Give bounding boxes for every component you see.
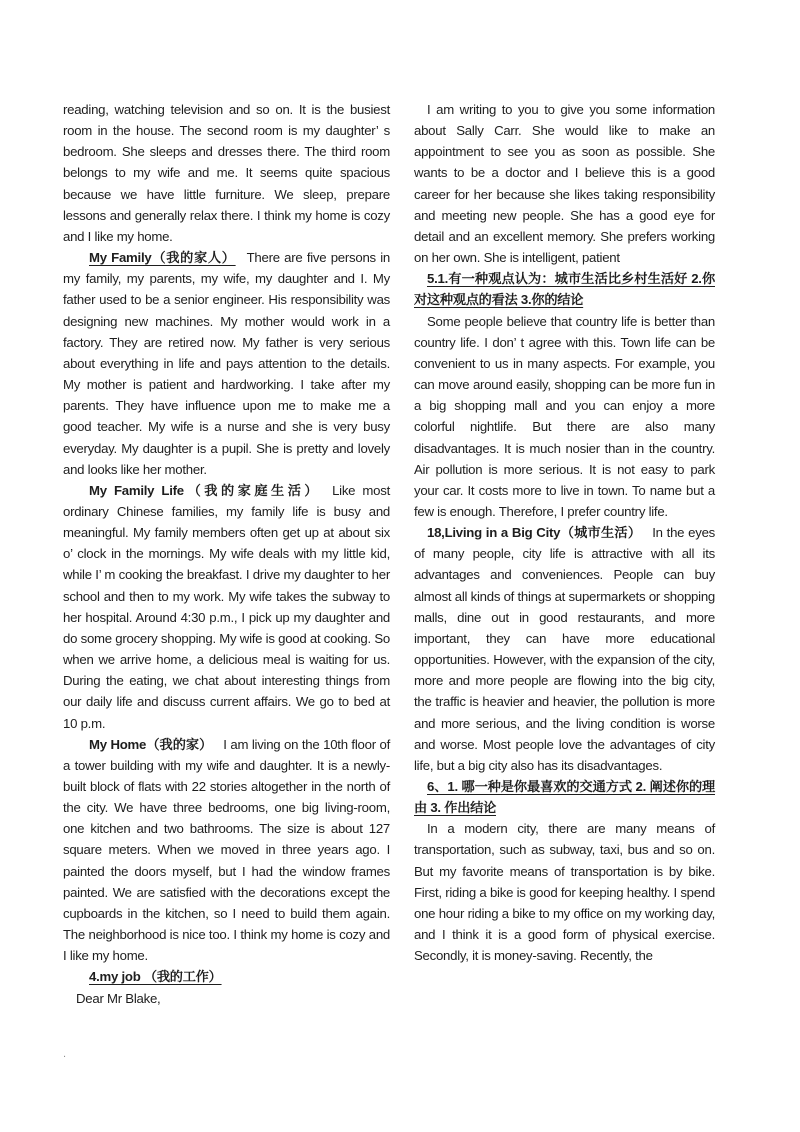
para-my-family-life: My Family Life（我的家庭生活）Like most ordinary… — [63, 480, 390, 734]
right-column: I am writing to you to give you some inf… — [414, 99, 715, 966]
para-living-in-big-city: 18,Living in a Big City（城市生活）In the eyes… — [414, 522, 715, 776]
paragraph-text: I am living on the 10th floor of a tower… — [63, 737, 390, 964]
para-sally-carr-letter: I am writing to you to give you some inf… — [414, 99, 715, 268]
heading-favorite-transport: 6、1. 哪一种是你最喜欢的交通方式 2. 阐述你的理由 3. 作出结论 — [414, 776, 715, 818]
section-heading-living-in-big-city: 18,Living in a Big City（城市生活） — [427, 525, 641, 540]
para-my-home-continued: reading, watching television and so on. … — [63, 99, 390, 247]
paragraph-text: Dear Mr Blake, — [76, 991, 160, 1006]
stray-period-mark: . — [63, 1049, 66, 1060]
section-heading-my-job: 4.my job （我的工作） — [89, 969, 222, 984]
section-heading-my-family-life: My Family Life（我的家庭生活） — [89, 483, 321, 498]
heading-my-job: 4.my job （我的工作） — [63, 966, 390, 987]
paragraph-text: Some people believe that country life is… — [414, 314, 715, 519]
para-my-family: My Family（我的家人）There are five persons in… — [63, 247, 390, 480]
left-column: reading, watching television and so on. … — [63, 99, 390, 1009]
section-heading-my-home: My Home（我的家） — [89, 737, 212, 752]
salutation-dear-mr-blake: Dear Mr Blake, — [63, 988, 390, 1009]
section-heading-city-vs-country: 5.1.有一种观点认为：城市生活比乡村生活好 2.你对这种观点的看法 3.你的结… — [414, 271, 715, 307]
section-heading-favorite-transport: 6、1. 哪一种是你最喜欢的交通方式 2. 阐述你的理由 3. 作出结论 — [414, 779, 715, 815]
section-heading-my-family: My Family（我的家人） — [89, 250, 236, 265]
document-page: reading, watching television and so on. … — [0, 0, 800, 1132]
paragraph-text: In a modern city, there are many means o… — [414, 821, 715, 963]
paragraph-text: Like most ordinary Chinese families, my … — [63, 483, 390, 731]
para-transportation: In a modern city, there are many means o… — [414, 818, 715, 966]
para-country-life: Some people believe that country life is… — [414, 311, 715, 523]
paragraph-text: reading, watching television and so on. … — [63, 102, 390, 244]
paragraph-text: I am writing to you to give you some inf… — [414, 102, 715, 265]
paragraph-text: There are five persons in my family, my … — [63, 250, 390, 477]
paragraph-text: In the eyes of many people, city life is… — [414, 525, 715, 773]
heading-city-vs-country: 5.1.有一种观点认为：城市生活比乡村生活好 2.你对这种观点的看法 3.你的结… — [414, 268, 715, 310]
para-my-home: My Home（我的家）I am living on the 10th floo… — [63, 734, 390, 967]
